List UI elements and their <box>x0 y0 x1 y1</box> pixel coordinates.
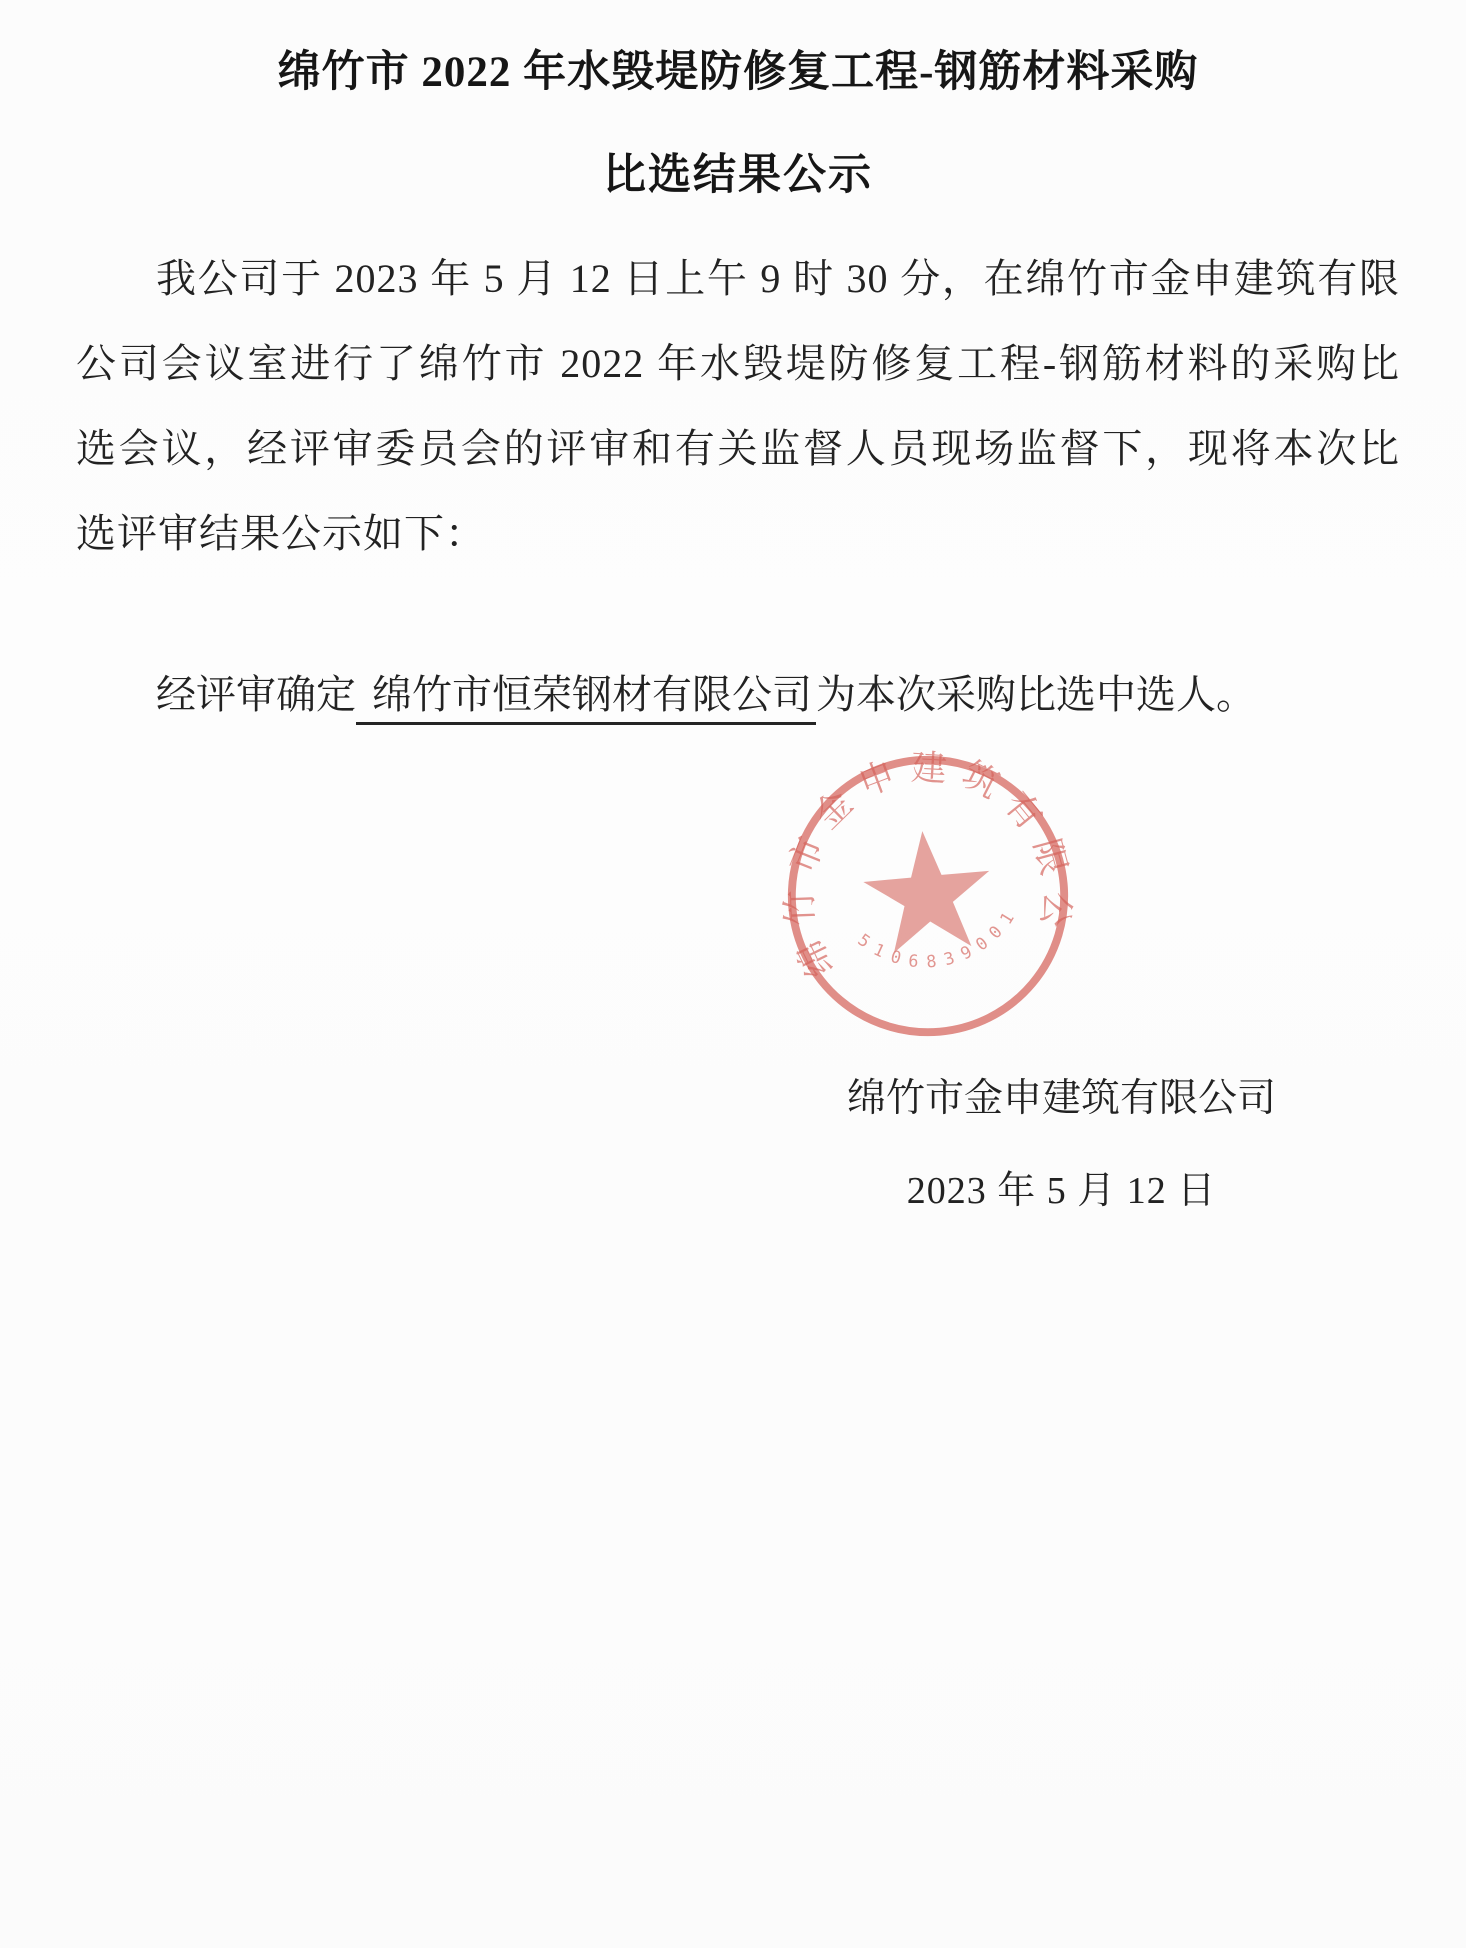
paragraph-line: 我公司于 2023 年 5 月 12 日上午 9 时 30 分，在绵竹市金申建筑… <box>76 236 1400 321</box>
paragraph-line: 公司会议室进行了绵竹市 2022 年水毁堤防修复工程-钢筋材料的采购比 <box>76 321 1400 406</box>
result-suffix: 为本次采购比选中选人。 <box>816 672 1256 717</box>
document-title: 绵竹市 2022 年水毁堤防修复工程-钢筋材料采购 <box>76 38 1400 99</box>
signature-company: 绵竹市金申建筑有限公司 <box>847 1067 1276 1123</box>
winner-name-underlined: 绵竹市恒荣钢材有限公司 <box>356 672 816 725</box>
document-page: 绵竹市 2022 年水毁堤防修复工程-钢筋材料采购 比选结果公示 我公司于 20… <box>0 0 1466 1948</box>
paragraph-line: 选会议，经评审委员会的评审和有关监督人员现场监督下，现将本次比 <box>76 406 1400 491</box>
document-content: 绵竹市 2022 年水毁堤防修复工程-钢筋材料采购 比选结果公示 我公司于 20… <box>0 0 1466 1214</box>
body-paragraph-2: 经评审确定绵竹市恒荣钢材有限公司为本次采购比选中选人。 <box>76 652 1400 737</box>
signature-block: 绵竹市金申建筑有限公司 2023 年 5 月 12 日 <box>847 1067 1276 1214</box>
signature-date: 2023 年 5 月 12 日 <box>847 1159 1276 1214</box>
paragraph-line: 选评审结果公示如下： <box>76 491 1400 576</box>
body-paragraph-1: 我公司于 2023 年 5 月 12 日上午 9 时 30 分，在绵竹市金申建筑… <box>76 236 1400 576</box>
document-subtitle: 比选结果公示 <box>76 141 1400 202</box>
result-prefix: 经评审确定 <box>156 672 356 717</box>
